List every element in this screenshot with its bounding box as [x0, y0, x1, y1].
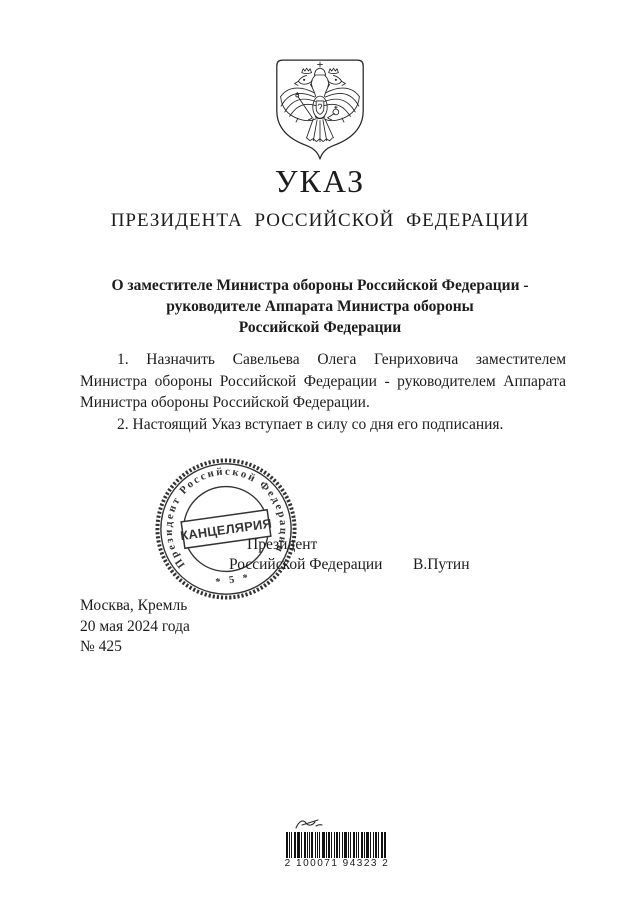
- barcode-digits: 2 100071 94323 2: [282, 858, 392, 869]
- decree-document-page: УКАЗ ПРЕЗИДЕНТА РОССИЙСКОЙ ФЕДЕРАЦИИ О з…: [0, 0, 640, 904]
- barcode-bars: [286, 832, 390, 858]
- subject-line: Российской Федерации: [70, 317, 570, 338]
- stamp-bottom-mark: * 5 *: [215, 572, 252, 588]
- paragraph-2: 2. Настоящий Указ вступает в силу со дня…: [80, 414, 566, 436]
- russian-coat-of-arms-icon: [272, 57, 368, 165]
- handwritten-squiggle-mark-icon: [294, 817, 324, 831]
- footer-date: 20 мая 2024 года: [80, 617, 190, 638]
- stamp-ring-text: Президент Российской Федерации: [154, 457, 293, 571]
- footer-number: № 425: [80, 637, 190, 658]
- svg-text:Президент Российской Федерации: Президент Российской Федерации: [154, 457, 293, 571]
- footer-place: Москва, Кремль: [80, 596, 190, 617]
- chancellery-round-stamp-icon: Президент Российской Федерации * 5 * КАН…: [152, 455, 300, 608]
- subject-line: О заместителе Министра обороны Российско…: [70, 275, 570, 296]
- decree-subject-heading: О заместителе Министра обороны Российско…: [70, 275, 570, 338]
- decree-body: 1. Назначить Савельева Олега Генриховича…: [80, 349, 566, 435]
- decree-title: УКАЗ: [0, 163, 640, 200]
- decree-subtitle: ПРЕЗИДЕНТА РОССИЙСКОЙ ФЕДЕРАЦИИ: [0, 210, 640, 232]
- signature-name: В.Путин: [413, 556, 470, 574]
- subject-line: руководителе Аппарата Министра обороны: [70, 296, 570, 317]
- decree-footer: Москва, Кремль 20 мая 2024 года № 425: [80, 596, 190, 658]
- paragraph-1: 1. Назначить Савельева Олега Генриховича…: [80, 349, 566, 414]
